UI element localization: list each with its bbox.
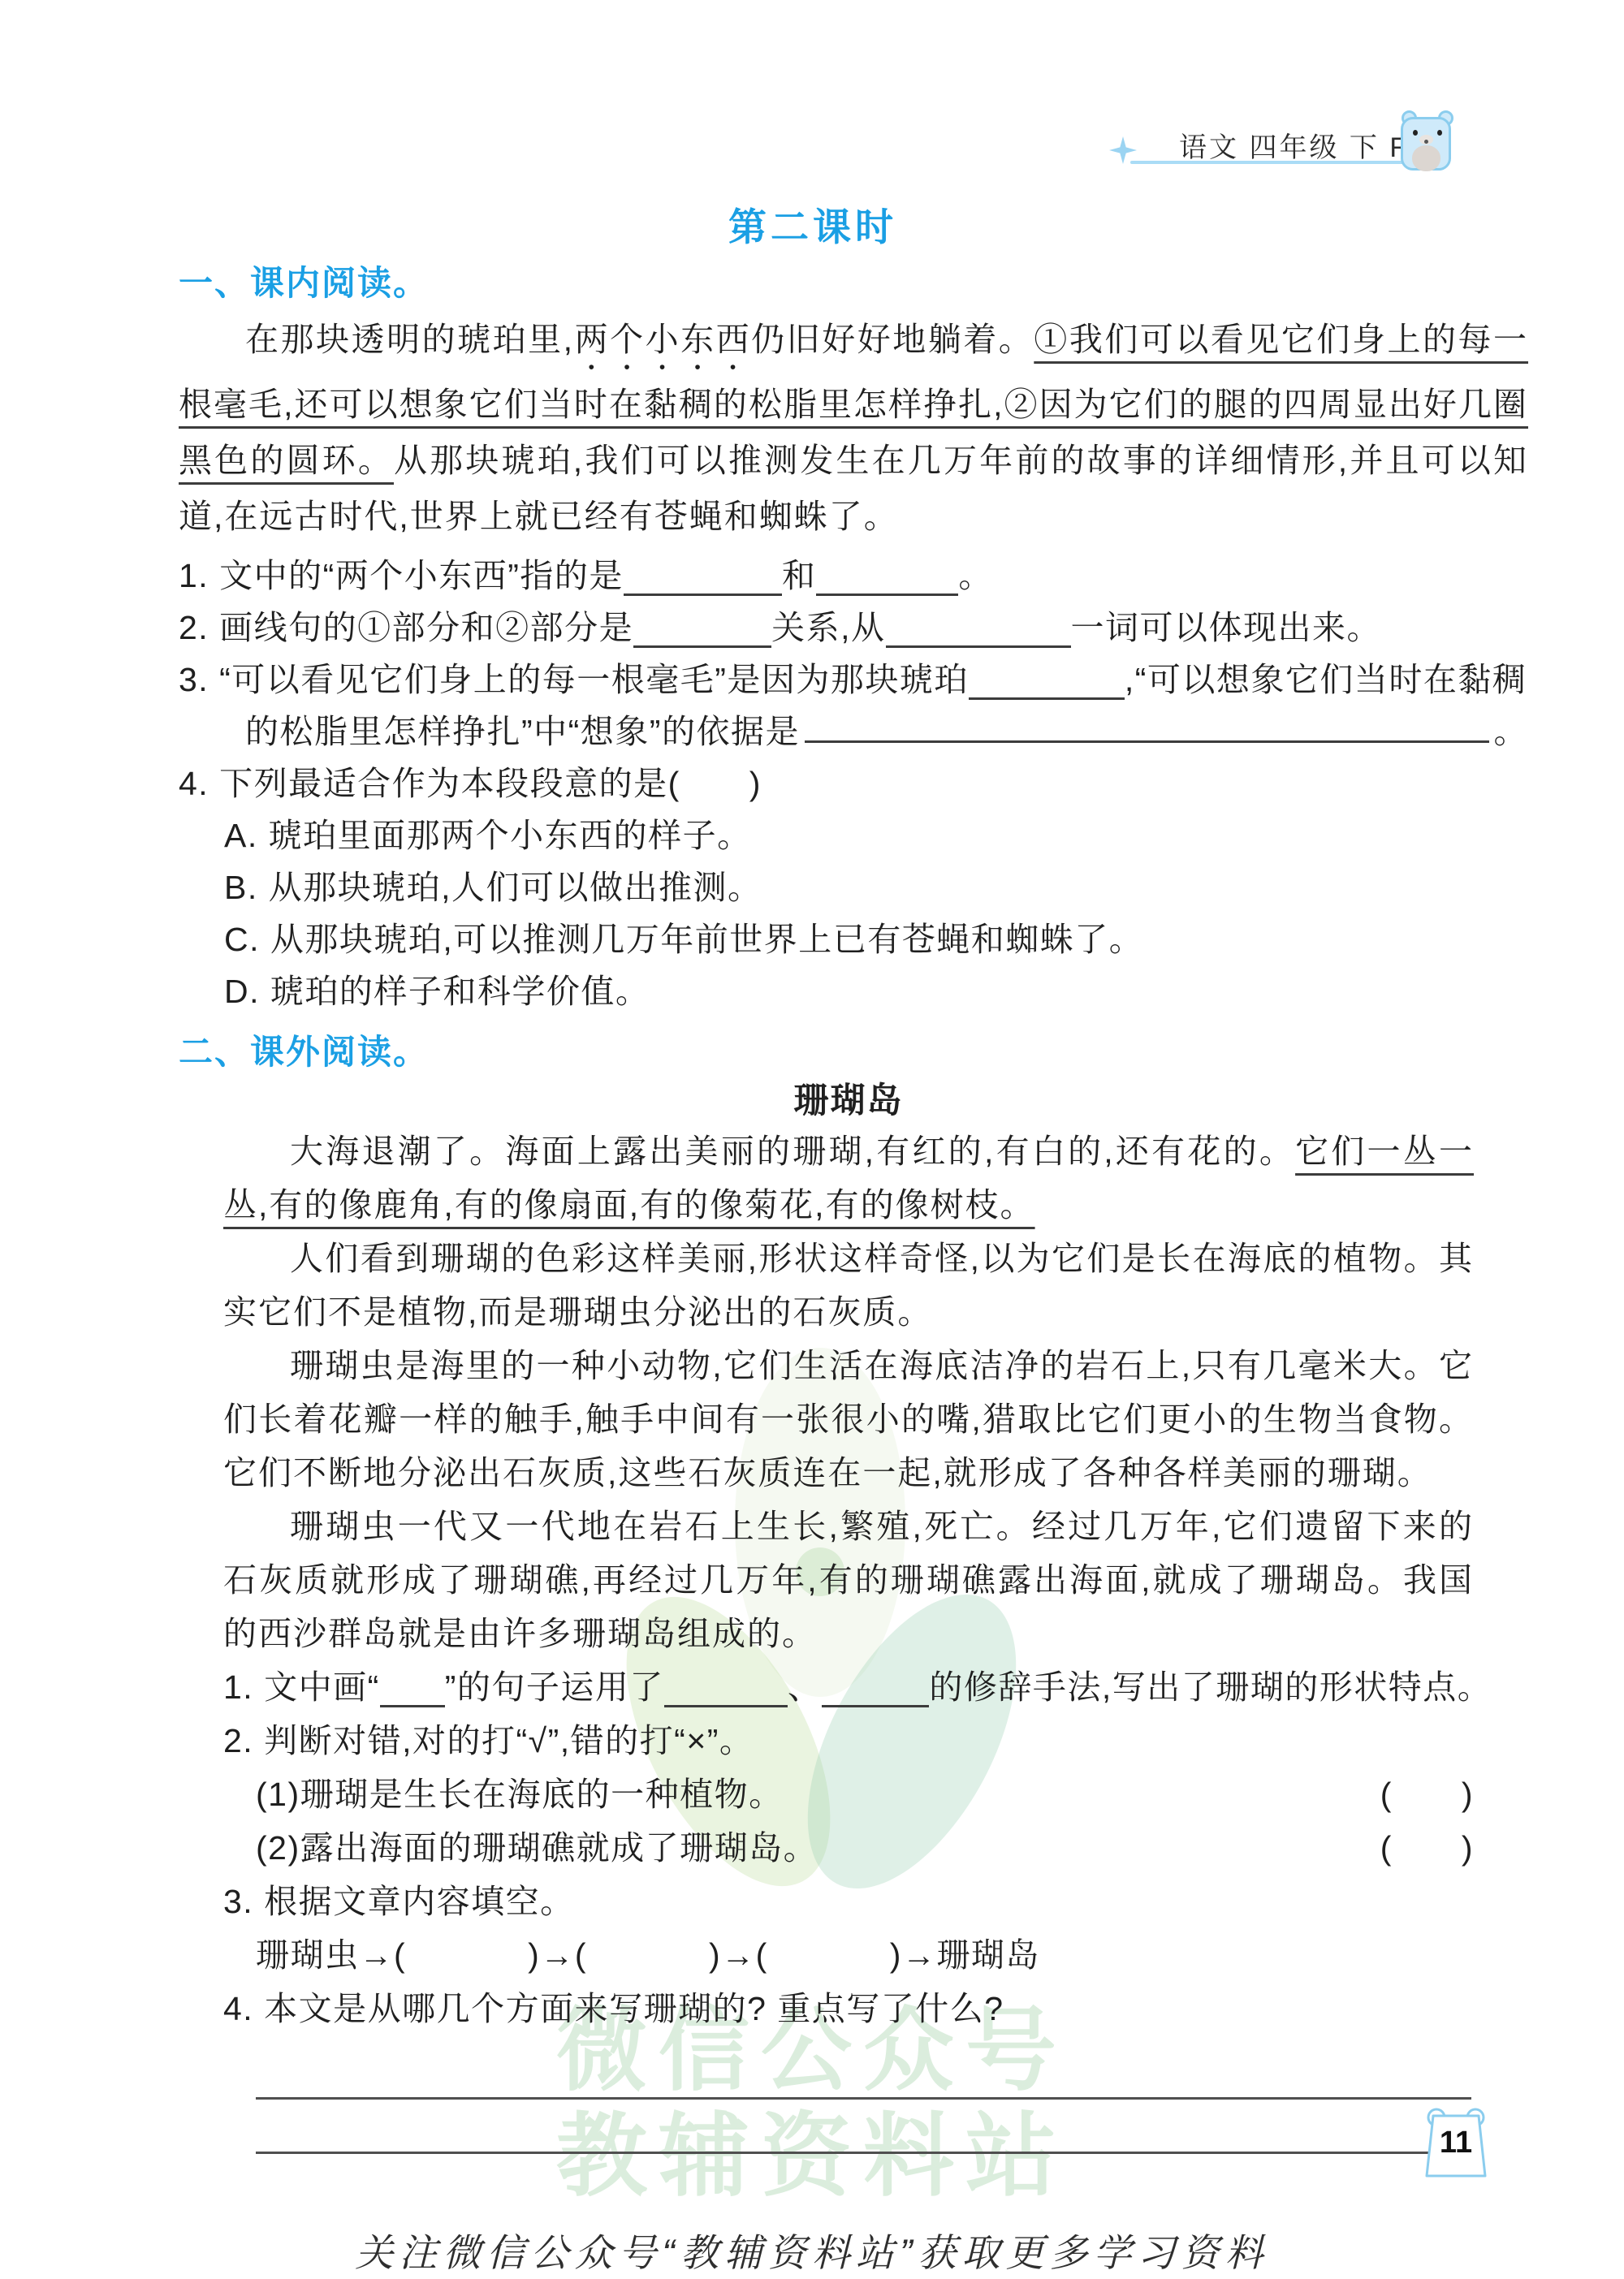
- passage-coral-p1: 大海退潮了。海面上露出美丽的珊瑚,有红的,有白的,还有花的。它们一丛一丛,有的像…: [223, 1124, 1474, 1232]
- coral-question-1: 1. 文中画“”的句子运用了、的修辞手法,写出了珊瑚的形状特点。: [223, 1660, 1474, 1714]
- option-b[interactable]: B. 从那块琥珀,人们可以做出推测。: [224, 861, 1528, 913]
- chain-start: 珊瑚虫: [256, 1936, 360, 1974]
- question-3-text: 3. “可以看见它们身上的每一根毫毛”是因为那块琥珀: [179, 661, 969, 698]
- question-1-mid: 和: [782, 557, 817, 594]
- answer-blank[interactable]: [822, 1674, 929, 1707]
- question-3-end: 。: [1494, 706, 1529, 758]
- question-2-mid: 关系,从: [771, 609, 885, 646]
- question-1: 1. 文中的“两个小东西”指的是和。: [179, 550, 1528, 602]
- coral-question-2: 2. 判断对错,对的打“√”,错的打“×”。: [223, 1714, 1474, 1768]
- judge-item-2-text: (2)露出海面的珊瑚礁就成了珊瑚岛。: [256, 1821, 818, 1875]
- coral-question-3: 3. 根据文章内容填空。: [223, 1875, 1474, 1928]
- chain-paren: (: [756, 1936, 768, 1974]
- chain-paren: ): [528, 1936, 540, 1974]
- worksheet-page: 微信公众号 教辅资料站 语文 四年级 下 RJ 第二课时 一、课内阅读。 在那块…: [0, 0, 1624, 2279]
- question-1-text: 1. 文中的“两个小东西”指的是: [179, 557, 624, 594]
- coral-q1-pre: 1. 文中画“: [223, 1668, 380, 1706]
- arrow-icon: →: [902, 1936, 937, 1974]
- chain-end: 珊瑚岛: [936, 1936, 1040, 1974]
- footer-note: 关注微信公众号“教辅资料站”获取更多学习资料: [0, 2223, 1624, 2277]
- coral-q1-end: 的修辞手法,写出了珊瑚的形状特点。: [929, 1668, 1492, 1706]
- arrow-icon: →: [721, 1936, 756, 1974]
- answer-blank[interactable]: [768, 1942, 890, 1975]
- answer-line[interactable]: [256, 2100, 1471, 2154]
- question-3-text2: 的松脂里怎样挣扎”中“想象”的依据是: [245, 706, 800, 758]
- answer-blank[interactable]: [380, 1674, 445, 1707]
- passage-amber-emphasized: 两个小东西: [574, 321, 751, 358]
- judge-paren[interactable]: ( ): [1380, 1821, 1474, 1875]
- passage-amber: 在那块透明的琥珀里,两个小东西仍旧好好地躺着。①我们可以看见它们身上的每一根毫毛…: [179, 312, 1528, 545]
- question-4: 4. 下列最适合作为本段段意的是( ): [179, 758, 1528, 809]
- question-2-end: 一词可以体现出来。: [1071, 609, 1382, 646]
- arrow-icon: →: [360, 1936, 395, 1974]
- coral-question-4: 4. 本文是从哪几个方面来写珊瑚的? 重点写了什么?: [223, 1982, 1474, 2035]
- section1-heading: 一、课内阅读。: [179, 261, 1528, 305]
- chain-paren: ): [890, 1936, 902, 1974]
- answer-blank[interactable]: [624, 563, 782, 596]
- bear-mascot-icon: [1400, 110, 1455, 175]
- passage-coral-p4: 珊瑚虫一代又一代地在岩石上生长,繁殖,死亡。经过几万年,它们遗留下来的石灰质就形…: [223, 1500, 1474, 1660]
- answer-blank[interactable]: [969, 667, 1125, 700]
- coral-p1-plain: 大海退潮了。海面上露出美丽的珊瑚,有红的,有白的,还有花的。: [290, 1133, 1295, 1170]
- question-3-line2: 的松脂里怎样挣扎”中“想象”的依据是。: [179, 706, 1528, 758]
- option-d[interactable]: D. 琥珀的样子和科学价值。: [224, 965, 1528, 1017]
- answer-line[interactable]: [256, 2045, 1471, 2100]
- answer-blank[interactable]: [805, 710, 1489, 743]
- passage-amber-seg1: 在那块透明的琥珀里,: [245, 321, 574, 358]
- judge-item-2: (2)露出海面的珊瑚礁就成了珊瑚岛。( ): [223, 1821, 1474, 1875]
- course-label: 语文 四年级 下 RJ: [1179, 125, 1428, 165]
- question-2-text: 2. 画线句的①部分和②部分是: [179, 609, 633, 646]
- chain-paren: ): [709, 1936, 721, 1974]
- passage-amber-seg2: 仍旧好好地躺着。: [751, 321, 1034, 358]
- option-a[interactable]: A. 琥珀里面那两个小东西的样子。: [224, 809, 1528, 861]
- chain-paren: (: [575, 1936, 587, 1974]
- sparkle-star-icon: [1109, 136, 1137, 164]
- page-number: 11: [1421, 2126, 1491, 2160]
- answer-blank[interactable]: [886, 615, 1071, 648]
- question-3-mid: ,“可以想象它们当时在黏稠: [1125, 661, 1527, 698]
- passage-coral-p2: 人们看到珊瑚的色彩这样美丽,形状这样奇怪,以为它们是长在海底的植物。其实它们不是…: [223, 1232, 1474, 1339]
- answer-blank[interactable]: [664, 1674, 788, 1707]
- question-3-line1: 3. “可以看见它们身上的每一根毫毛”是因为那块琥珀,“可以想象它们当时在黏稠: [179, 654, 1528, 706]
- answer-blank[interactable]: [816, 563, 958, 596]
- page-title: 第二课时: [138, 205, 1488, 250]
- question-2: 2. 画线句的①部分和②部分是关系,从一词可以体现出来。: [179, 602, 1528, 654]
- answer-blank[interactable]: [406, 1942, 528, 1975]
- judge-item-1: (1)珊瑚是生长在海底的一种植物。( ): [223, 1768, 1474, 1821]
- fill-chain: 珊瑚虫→()→()→()→珊瑚岛: [223, 1928, 1474, 1982]
- arrow-icon: →: [540, 1936, 575, 1974]
- page-number-badge: 11: [1421, 2104, 1491, 2181]
- judge-item-1-text: (1)珊瑚是生长在海底的一种植物。: [256, 1768, 784, 1821]
- passage-coral-p3: 珊瑚虫是海里的一种小动物,它们生活在海底洁净的岩石上,只有几毫米大。它们长着花瓣…: [223, 1339, 1474, 1500]
- answer-blank[interactable]: [633, 615, 771, 648]
- coral-q1-mid: ”的句子运用了: [445, 1668, 664, 1706]
- worksheet-content: 第二课时 一、课内阅读。 在那块透明的琥珀里,两个小东西仍旧好好地躺着。①我们可…: [179, 205, 1528, 2154]
- section2-heading: 二、课外阅读。: [179, 1030, 1528, 1074]
- reading-title: 珊瑚岛: [223, 1077, 1474, 1124]
- judge-paren[interactable]: ( ): [1380, 1768, 1474, 1821]
- option-c[interactable]: C. 从那块琥珀,可以推测几万年前世界上已有苍蝇和蜘蛛了。: [224, 913, 1528, 965]
- answer-blank[interactable]: [587, 1942, 709, 1975]
- chain-paren: (: [394, 1936, 406, 1974]
- coral-q1-dun: 、: [788, 1668, 823, 1706]
- section2-content: 珊瑚岛 大海退潮了。海面上露出美丽的珊瑚,有红的,有白的,还有花的。它们一丛一丛…: [223, 1077, 1474, 2154]
- question-1-end: 。: [958, 557, 993, 594]
